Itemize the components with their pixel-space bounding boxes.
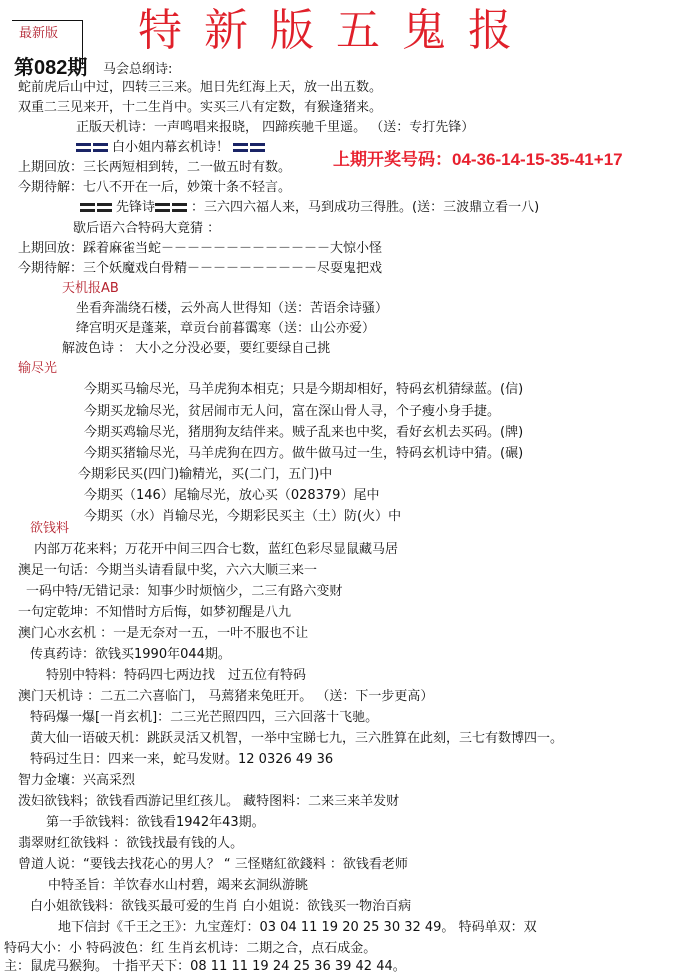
- latest-edition-badge: 最新版: [19, 22, 58, 41]
- yuqianliao-line: 特码过生日：四来一来，蛇马发财。12 0326 49 36: [30, 751, 333, 769]
- tianjibao-line-2: 绛宫明灭是蓬莱，章贡台前暮霭寒（送：山公亦爱）: [76, 320, 375, 338]
- yuqianliao-line: 白小姐欲钱料：欲钱买最可爱的生肖 白小姐说：欲钱买一物治百病: [30, 898, 411, 916]
- poem-line-1: 蛇前虎后山中过，四转三三来。旭日先红海上天，放一出五数。: [18, 79, 382, 97]
- xianfeng-text: ：三六四六福人来，马到成功三得胜。(送：三波鼎立看一八): [191, 200, 539, 215]
- poem-line-2: 双重二三见来开，十二生肖中。实买三八有定数，有猴逢猪来。: [18, 99, 382, 117]
- yuqianliao-line: 主：鼠虎马猴狗。 十指平天下：08 11 11 19 24 25 36 39 4…: [4, 958, 406, 976]
- xiehouyu-heading: 歇后语六合特码大竟猜 ：: [73, 220, 220, 238]
- shujinguang-line-1: 今期买马输尽光，马羊虎狗本相克；只是今期却相好，特码玄机猜绿蓝。(信): [84, 381, 523, 399]
- last-draw-numbers: 04-36-14-15-35-41+17: [452, 150, 623, 169]
- bai-xiaojie-heading: 白小姐内幕玄机诗！: [76, 139, 269, 157]
- yuqianliao-line: 地下信封《千王之王》：九宝莲灯：03 04 11 19 20 25 30 32 …: [58, 919, 537, 937]
- pending-solve-1: 今期待解：七八不开在一后，妙策十条不轻言。: [18, 179, 291, 197]
- yuqianliao-line: 中特圣旨：羊饮春水山村碧，竭来玄洞纵游眺: [48, 877, 308, 895]
- yuqianliao-line: 一句定乾坤：不知惜时方后悔，如梦初醒是八九: [18, 604, 291, 622]
- yuqianliao-line: 特码大小：小 特码波色：红 生肖玄机诗：二期之合，点石成金。: [4, 940, 376, 958]
- last-draw-label: 上期开奖号码：: [333, 150, 452, 169]
- yuqianliao-line: 一码中特/无错记录：知事少时烦恼少，二三有路六变财: [26, 583, 342, 601]
- element-zodiac: 今期买（水）肖输尽光，今期彩民买主（土）防(火）中: [84, 508, 401, 526]
- yuqianliao-line: 翡翠财红欲钱料 ：欲钱找最有钱的人。: [18, 835, 243, 853]
- issue-number: 第082期: [14, 51, 87, 80]
- yuqianliao-line: 澳门天机诗 ：二五二六喜临门， 马蔫猪来兔旺开。 （送：下一步更高）: [18, 688, 433, 706]
- last-draw-result: 上期开奖号码：04-36-14-15-35-41+17: [333, 145, 623, 170]
- tianjibao-heading: 天机报AB: [62, 280, 119, 298]
- yuqianliao-line: 第一手欲钱料：欲钱看1942年43期。: [46, 814, 265, 832]
- yuqianliao-line: 传真药诗：欲钱买1990年044期。: [30, 646, 231, 664]
- yuqianliao-heading: 欲钱料: [30, 520, 69, 538]
- page-title: 特新版五鬼报: [138, 4, 534, 58]
- yuqianliao-line: 澳足一句话：今期当头请看鼠中奖，六六大顺三来一: [18, 562, 317, 580]
- bai-xiaojie-title: 白小姐内幕玄机诗！: [112, 140, 229, 155]
- tianjibao-line-1: 坐看奔湍绕石楼，云外高人世得知（送：苦语余诗骚）: [76, 300, 388, 318]
- shujinguang-heading: 输尽光: [18, 360, 57, 378]
- yuqianliao-line: 特别中特料：特码四七两边找 过五位有特码: [46, 667, 306, 685]
- yuqianliao-line: 智力金壤：兴高采烈: [18, 772, 135, 790]
- double-bar-icon: [155, 203, 189, 212]
- xianfeng-poem: 先锋诗：三六四六福人来，马到成功三得胜。(送：三波鼎立看一八): [80, 199, 539, 217]
- last-replay-2: 上期回放：踩着麻雀当蛇－－－－－－－－－－－－－大惊小怪: [18, 240, 382, 258]
- yuqianliao-line: 黄大仙一语破天机：跳跃灵活又机智，一举中宝睇七九，三六胜算在此刻，三七有数博四一…: [30, 730, 563, 748]
- double-bar-icon: [80, 203, 114, 212]
- yuqianliao-line: 曾道人说：“要钱去找花心的男人？ “ 三怪赌紅欲錢料 ：欲钱看老师: [18, 856, 408, 874]
- last-replay-1: 上期回放：三长两短相到转，二一做五时有数。: [18, 159, 291, 177]
- double-bar-icon: [76, 143, 110, 152]
- yuqianliao-line: 澳门心水玄机 ：一是无奈对一五，一叶不服也不让: [18, 625, 308, 643]
- xianfeng-label: 先锋诗: [116, 200, 155, 215]
- zhengban-poem: 正版天机诗：一声鸣唱来报晓， 四蹄疾驰千里遥。 （送：专打先锋）: [76, 119, 474, 137]
- yuqianliao-line: 泼妇欲钱料；欲钱看西游记里红孩儿。 藏特图料：二来三来羊发财: [18, 793, 399, 811]
- yuqianliao-line: 特码爆一爆[一肖玄机]：二三光芒照四四，三六回落十飞驰。: [30, 709, 378, 727]
- tail-numbers: 今期买（146）尾输尽光，放心买（028379）尾中: [84, 487, 379, 505]
- caimin-doors: 今期彩民买(四门)输精光，买(二门，五门)中: [78, 466, 332, 484]
- shujinguang-line-2: 今期买龙输尽光，贫居闹市无人问，富在深山骨人寻，个子瘦小身手捷。: [84, 403, 500, 421]
- shujinguang-line-3: 今期买鸡输尽光，猪朋狗友结伴来。贼子乱来也中奖，看好玄机去买码。(牌): [84, 424, 523, 442]
- shujinguang-line-4: 今期买猪输尽光，马羊虎狗在四方。做牛做马过一生，特码玄机诗中猜。(碾): [84, 445, 523, 463]
- double-bar-icon: [233, 143, 267, 152]
- poem-heading: 马会总纲诗:: [103, 58, 172, 77]
- yuqianliao-line: 内部万花来料；万花开中间三四合七数，蓝红色彩尽显鼠藏马居: [34, 541, 398, 559]
- pending-solve-2: 今期待解：三个妖魔戏白骨精－－－－－－－－－－尽耍鬼把戏: [18, 260, 382, 278]
- jiebo-poem: 解波色诗 ： 大小之分没必要，要红要绿自己挑: [62, 340, 330, 358]
